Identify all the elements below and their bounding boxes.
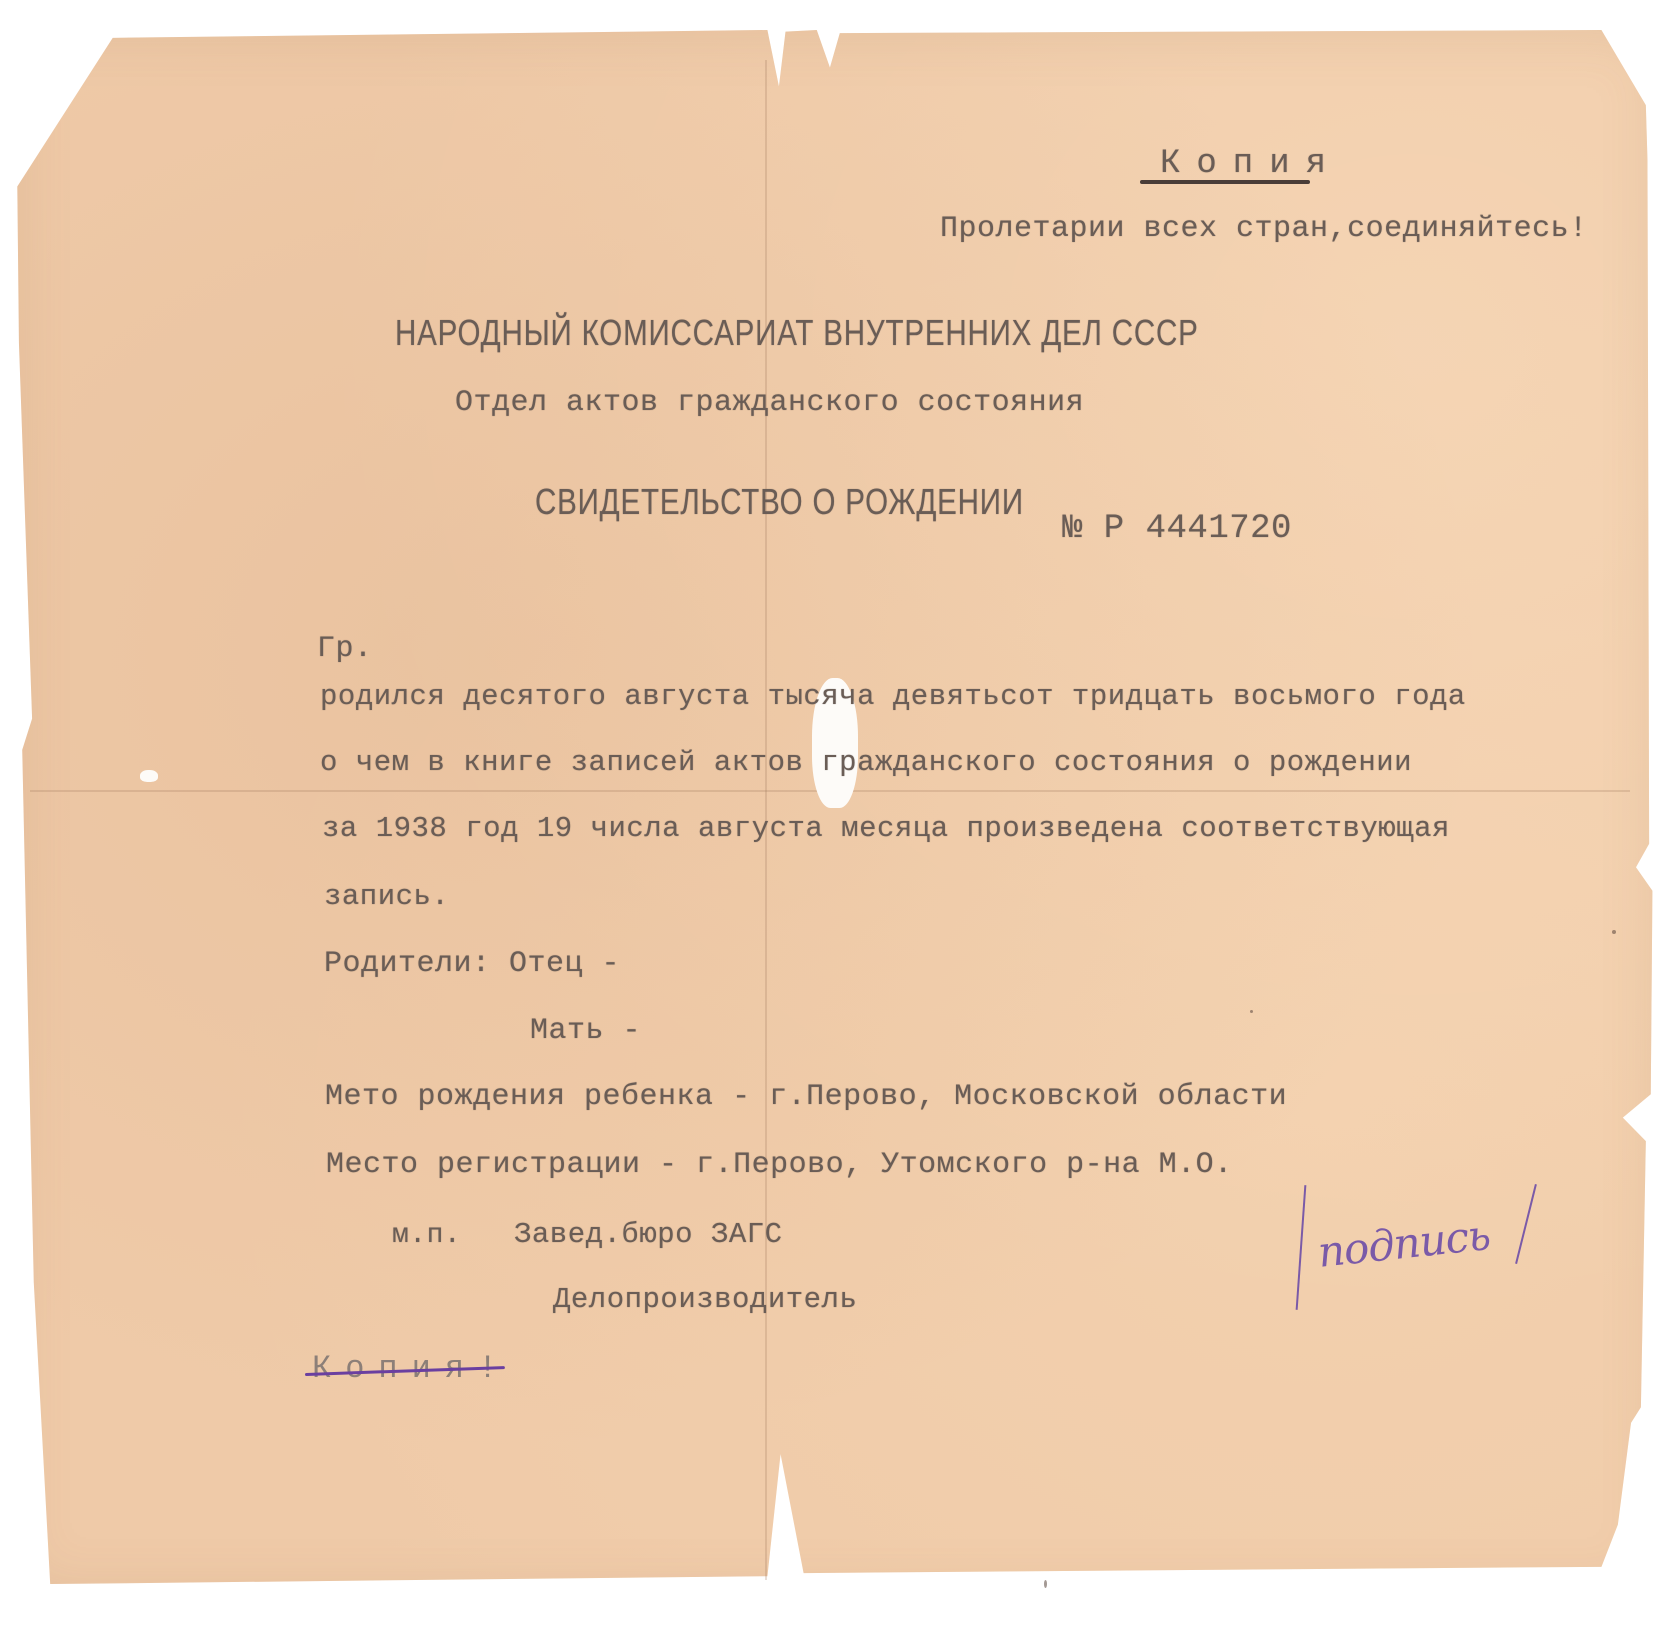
document-title: СВИДЕТЕЛЬСТВО О РОЖДЕНИИ (535, 481, 1024, 523)
parents-mother-label: Мать - (530, 1014, 641, 1048)
paper-hole-small (140, 770, 158, 782)
stamp-place-label: м.п. (392, 1220, 461, 1251)
body-line-3: за 1938 год 19 числа августа месяца прои… (322, 812, 1450, 845)
department-heading: Отдел актов гражданского состояния (455, 386, 1084, 420)
citizen-label: Гр. (317, 632, 373, 666)
body-line-2: о чем в книге записей актов гражданского… (320, 746, 1412, 779)
copy-mark-underline (1140, 180, 1310, 184)
document-scan: Копия Пролетарии всех стран,соединяйтесь… (0, 0, 1679, 1629)
copy-mark-top: Копия (1160, 145, 1342, 183)
registry-head-label: Завед.бюро ЗАГС (514, 1218, 783, 1251)
parents-father-label: Родители: Отец - (324, 947, 620, 981)
ink-speck (1612, 930, 1616, 934)
registration-line: Место регистрации - г.Перово, Утомского … (326, 1148, 1233, 1182)
slogan: Пролетарии всех стран,соединяйтесь! (940, 212, 1588, 246)
clerk-label: Делопроизводитель (553, 1283, 857, 1316)
certificate-number: № Р 4441720 (1062, 510, 1292, 548)
birthplace-line: Мето рождения ребенка - г.Перово, Москов… (325, 1080, 1287, 1114)
ink-speck (1044, 1580, 1047, 1588)
body-line-4: запись. (324, 880, 449, 913)
body-line-1: родился десятого августа тысяча девятьсо… (320, 680, 1466, 713)
ink-speck (1250, 1010, 1253, 1013)
authority-heading: НАРОДНЫЙ КОМИССАРИАТ ВНУТРЕННИХ ДЕЛ СССР (395, 312, 1199, 354)
